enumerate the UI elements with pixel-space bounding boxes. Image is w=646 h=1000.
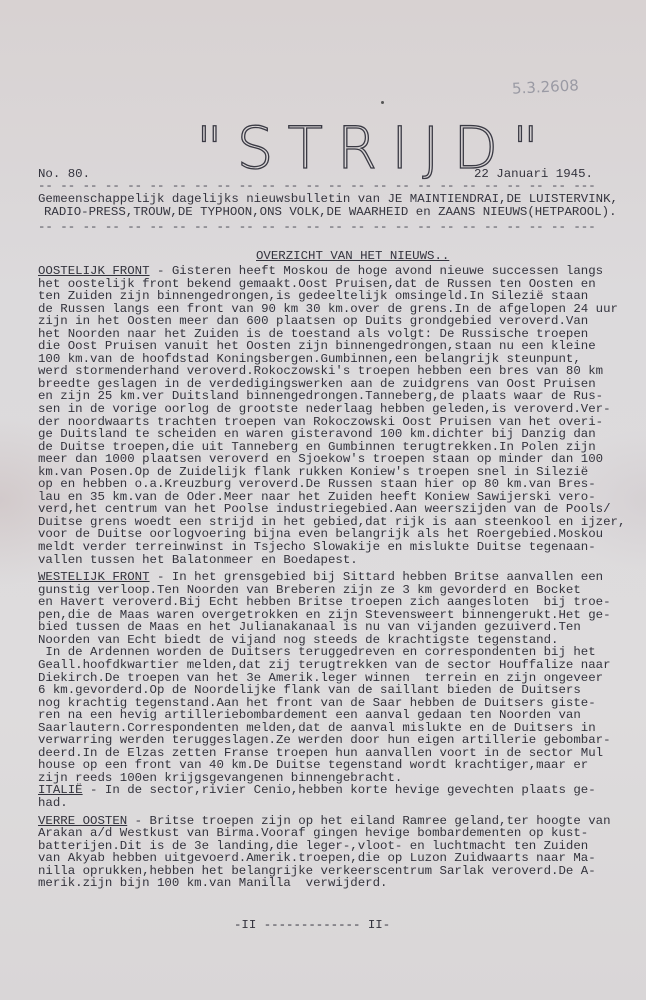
ink-dot bbox=[381, 101, 384, 104]
text-line: ten Zuiden zijn binnengedrongen,is gedee… bbox=[38, 290, 638, 303]
text-line: ren na een hevig artilleriebombardement … bbox=[38, 709, 638, 722]
text-line: bied tussen de Maas en het Julianakanaal… bbox=[38, 621, 638, 634]
text-line: die Oost Pruisen vanuit het Oosten zijn … bbox=[38, 340, 638, 353]
section-western-front: WESTELIJK FRONT - In het grensgebied bij… bbox=[38, 571, 638, 784]
text-line: vallen tussen het Balatonmeer en Boedape… bbox=[38, 554, 638, 567]
section-far-east: VERRE OOSTEN - Britse troepen zijn op he… bbox=[38, 815, 638, 890]
dashed-rule-top: -- -- -- -- -- -- -- -- -- -- -- -- -- -… bbox=[38, 180, 596, 193]
subtitle-line-1: Gemeenschappelijk dagelijks nieuwsbullet… bbox=[38, 193, 618, 206]
text-line: ITALIË - In de sector,rivier Cenio,hebbe… bbox=[38, 784, 638, 797]
section-label: OOSTELIJK FRONT bbox=[38, 264, 150, 278]
newsletter-title: "STRIJD" bbox=[196, 118, 456, 178]
text-fragment: - In de sector,rivier Cenio,hebben korte… bbox=[83, 783, 596, 797]
text-line: WESTELIJK FRONT - In het grensgebied bij… bbox=[38, 571, 638, 584]
section-italy: ITALIË - In de sector,rivier Cenio,hebbe… bbox=[38, 784, 638, 809]
text-line: en Havert veroverd.Bij Echt hebben Brits… bbox=[38, 596, 638, 609]
text-line: OOSTELIJK FRONT - Gisteren heeft Moskou … bbox=[38, 265, 638, 278]
text-line: sen in de vorige oorlog de grootste nede… bbox=[38, 403, 638, 416]
text-line: house op een front van 40 km.De Duitse t… bbox=[38, 759, 638, 772]
subtitle-line-2: RADIO-PRESS,TROUW,DE TYPHOON,ONS VOLK,DE… bbox=[44, 206, 617, 219]
text-line: op en hebben o.a.Kreuzburg veroverd.De R… bbox=[38, 478, 638, 491]
section-heading: OVERZICHT VAN HET NIEUWS.. bbox=[256, 250, 449, 263]
text-line: 6 km.gevorderd.Op de Noordelijke flank v… bbox=[38, 684, 638, 697]
archive-number: 5.3.2608 bbox=[512, 76, 580, 97]
text-line: had. bbox=[38, 797, 638, 810]
text-line: ge Duitsland te scheiden en waren gister… bbox=[38, 428, 638, 441]
text-line: Arakan a/d Westkust van Birma.Vooraf gin… bbox=[38, 827, 638, 840]
dashed-rule-bottom: -- -- -- -- -- -- -- -- -- -- -- -- -- -… bbox=[38, 221, 596, 234]
text-line: meldt verder terreinwinst in Tsjecho Slo… bbox=[38, 541, 638, 554]
page-footer-marker: -II ------------- II- bbox=[234, 918, 390, 932]
text-line: zijn in het Oosten meer dan 600 plaatsen… bbox=[38, 315, 638, 328]
text-line: van Akyab hebben uitgevoerd.Amerik.troep… bbox=[38, 852, 638, 865]
section-eastern-front: OOSTELIJK FRONT - Gisteren heeft Moskou … bbox=[38, 265, 638, 566]
document-page: 5.3.2608 "STRIJD" No. 80. 22 Januari 194… bbox=[0, 0, 646, 1000]
text-fragment: - Gisteren heeft Moskou de hoge avond ni… bbox=[150, 264, 604, 278]
text-line: verwarring werden teruggeslagen.Ze werde… bbox=[38, 734, 638, 747]
text-line: meer dan 1000 plaatsen veroverd en Sjoek… bbox=[38, 453, 638, 466]
news-body: OOSTELIJK FRONT - Gisteren heeft Moskou … bbox=[38, 265, 638, 890]
text-line: Geall.hoofdkwartier melden,dat zij terug… bbox=[38, 659, 638, 672]
text-line: merik.zijn bijn 100 km.van Manilla verwi… bbox=[38, 877, 638, 890]
